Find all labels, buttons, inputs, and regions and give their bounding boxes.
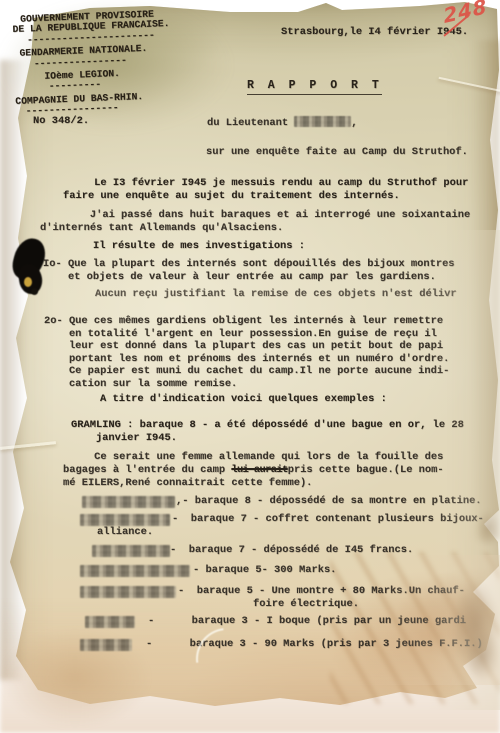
- author-prefix: du Lieutenant: [207, 117, 294, 129]
- author-comma: ,: [351, 117, 357, 129]
- ink-dot: [31, 288, 38, 295]
- report-title: R A P P O R T: [247, 80, 382, 93]
- finding-2: 2o- Que ces mêmes gardiens obligent les …: [44, 315, 449, 391]
- deposit-row: ,- baraque 8 - dépossédé de sa montre en…: [176, 495, 482, 508]
- witness-line-1: Ce serait une femme allemande qui lors d…: [63, 451, 443, 464]
- subject-line: sur une enquête faite au Camp du Strutho…: [206, 146, 468, 159]
- redacted-name: [80, 565, 190, 577]
- deposit-row: - baraque 5 - Une montre + 80 Marks.Un c…: [178, 585, 465, 598]
- dateline: Strasbourg,le I4 février I945.: [281, 26, 468, 39]
- finding-1: Io- Que la plupart des internés sont dép…: [43, 258, 455, 283]
- yellow-speck: [24, 277, 32, 287]
- redacted-name: [80, 586, 176, 598]
- deposit-row: - baraque 3 - 90 Marks (pris par 3 jeune…: [146, 638, 483, 651]
- redacted-name: [80, 639, 132, 651]
- author-line: du Lieutenant ,: [207, 116, 358, 130]
- reference-number: No 348/2.: [33, 115, 89, 128]
- deposit-row: - baraque 3 - I boque (pris par un jeune…: [148, 615, 466, 628]
- redacted-name: [294, 116, 351, 127]
- witness-line-2-pre: bagages à l'entrée du camp: [63, 464, 231, 476]
- redacted-name: [92, 545, 170, 557]
- witness-line-2: bagages à l'entrée du camp lui auraitpri…: [63, 464, 444, 477]
- document-scan: 248 GOUVERNEMENT PROVISOIRE DE LA REPUBL…: [0, 0, 500, 733]
- redacted-name: [85, 616, 135, 628]
- report-title-text: R A P P O R T: [247, 79, 382, 95]
- paragraph-intro: Le I3 février I945 je messuis rendu au c…: [63, 177, 468, 202]
- paragraph-results: Il résulte de mes investigations :: [93, 240, 305, 253]
- paragraph-visits: J'ai passé dans huit baraques et ai inte…: [40, 209, 470, 234]
- paragraph-receipt: Aucun reçu justifiant la remise de ces o…: [95, 288, 457, 301]
- deposit-row: - baraque 5- 300 Marks.: [193, 564, 336, 577]
- example-gramling: GRAMLING : baraque 8 - a été dépossédé d…: [71, 419, 464, 444]
- witness-line-3: mé EILERS,René connaitrait cette femme).: [63, 477, 312, 490]
- redacted-name: [80, 514, 170, 526]
- overtyped-struck-word: lui aurait: [231, 464, 287, 476]
- redacted-name: [82, 496, 175, 508]
- witness-line-2-post: pris cette bague.(Le nom-: [288, 464, 444, 476]
- deposit-row: - baraque 7 - dépossédé de I45 francs.: [170, 544, 413, 557]
- letterhead: GOUVERNEMENT PROVISOIRE DE LA REPUBLIQUE…: [12, 9, 173, 118]
- deposit-row-continuation: alliance.: [97, 526, 153, 539]
- deposit-row: - baraque 7 - coffret contenant plusieur…: [172, 513, 484, 526]
- paragraph-examples: A titre d'indication voici quelques exem…: [100, 393, 387, 406]
- deposit-row-continuation: foire électrique.: [253, 598, 359, 611]
